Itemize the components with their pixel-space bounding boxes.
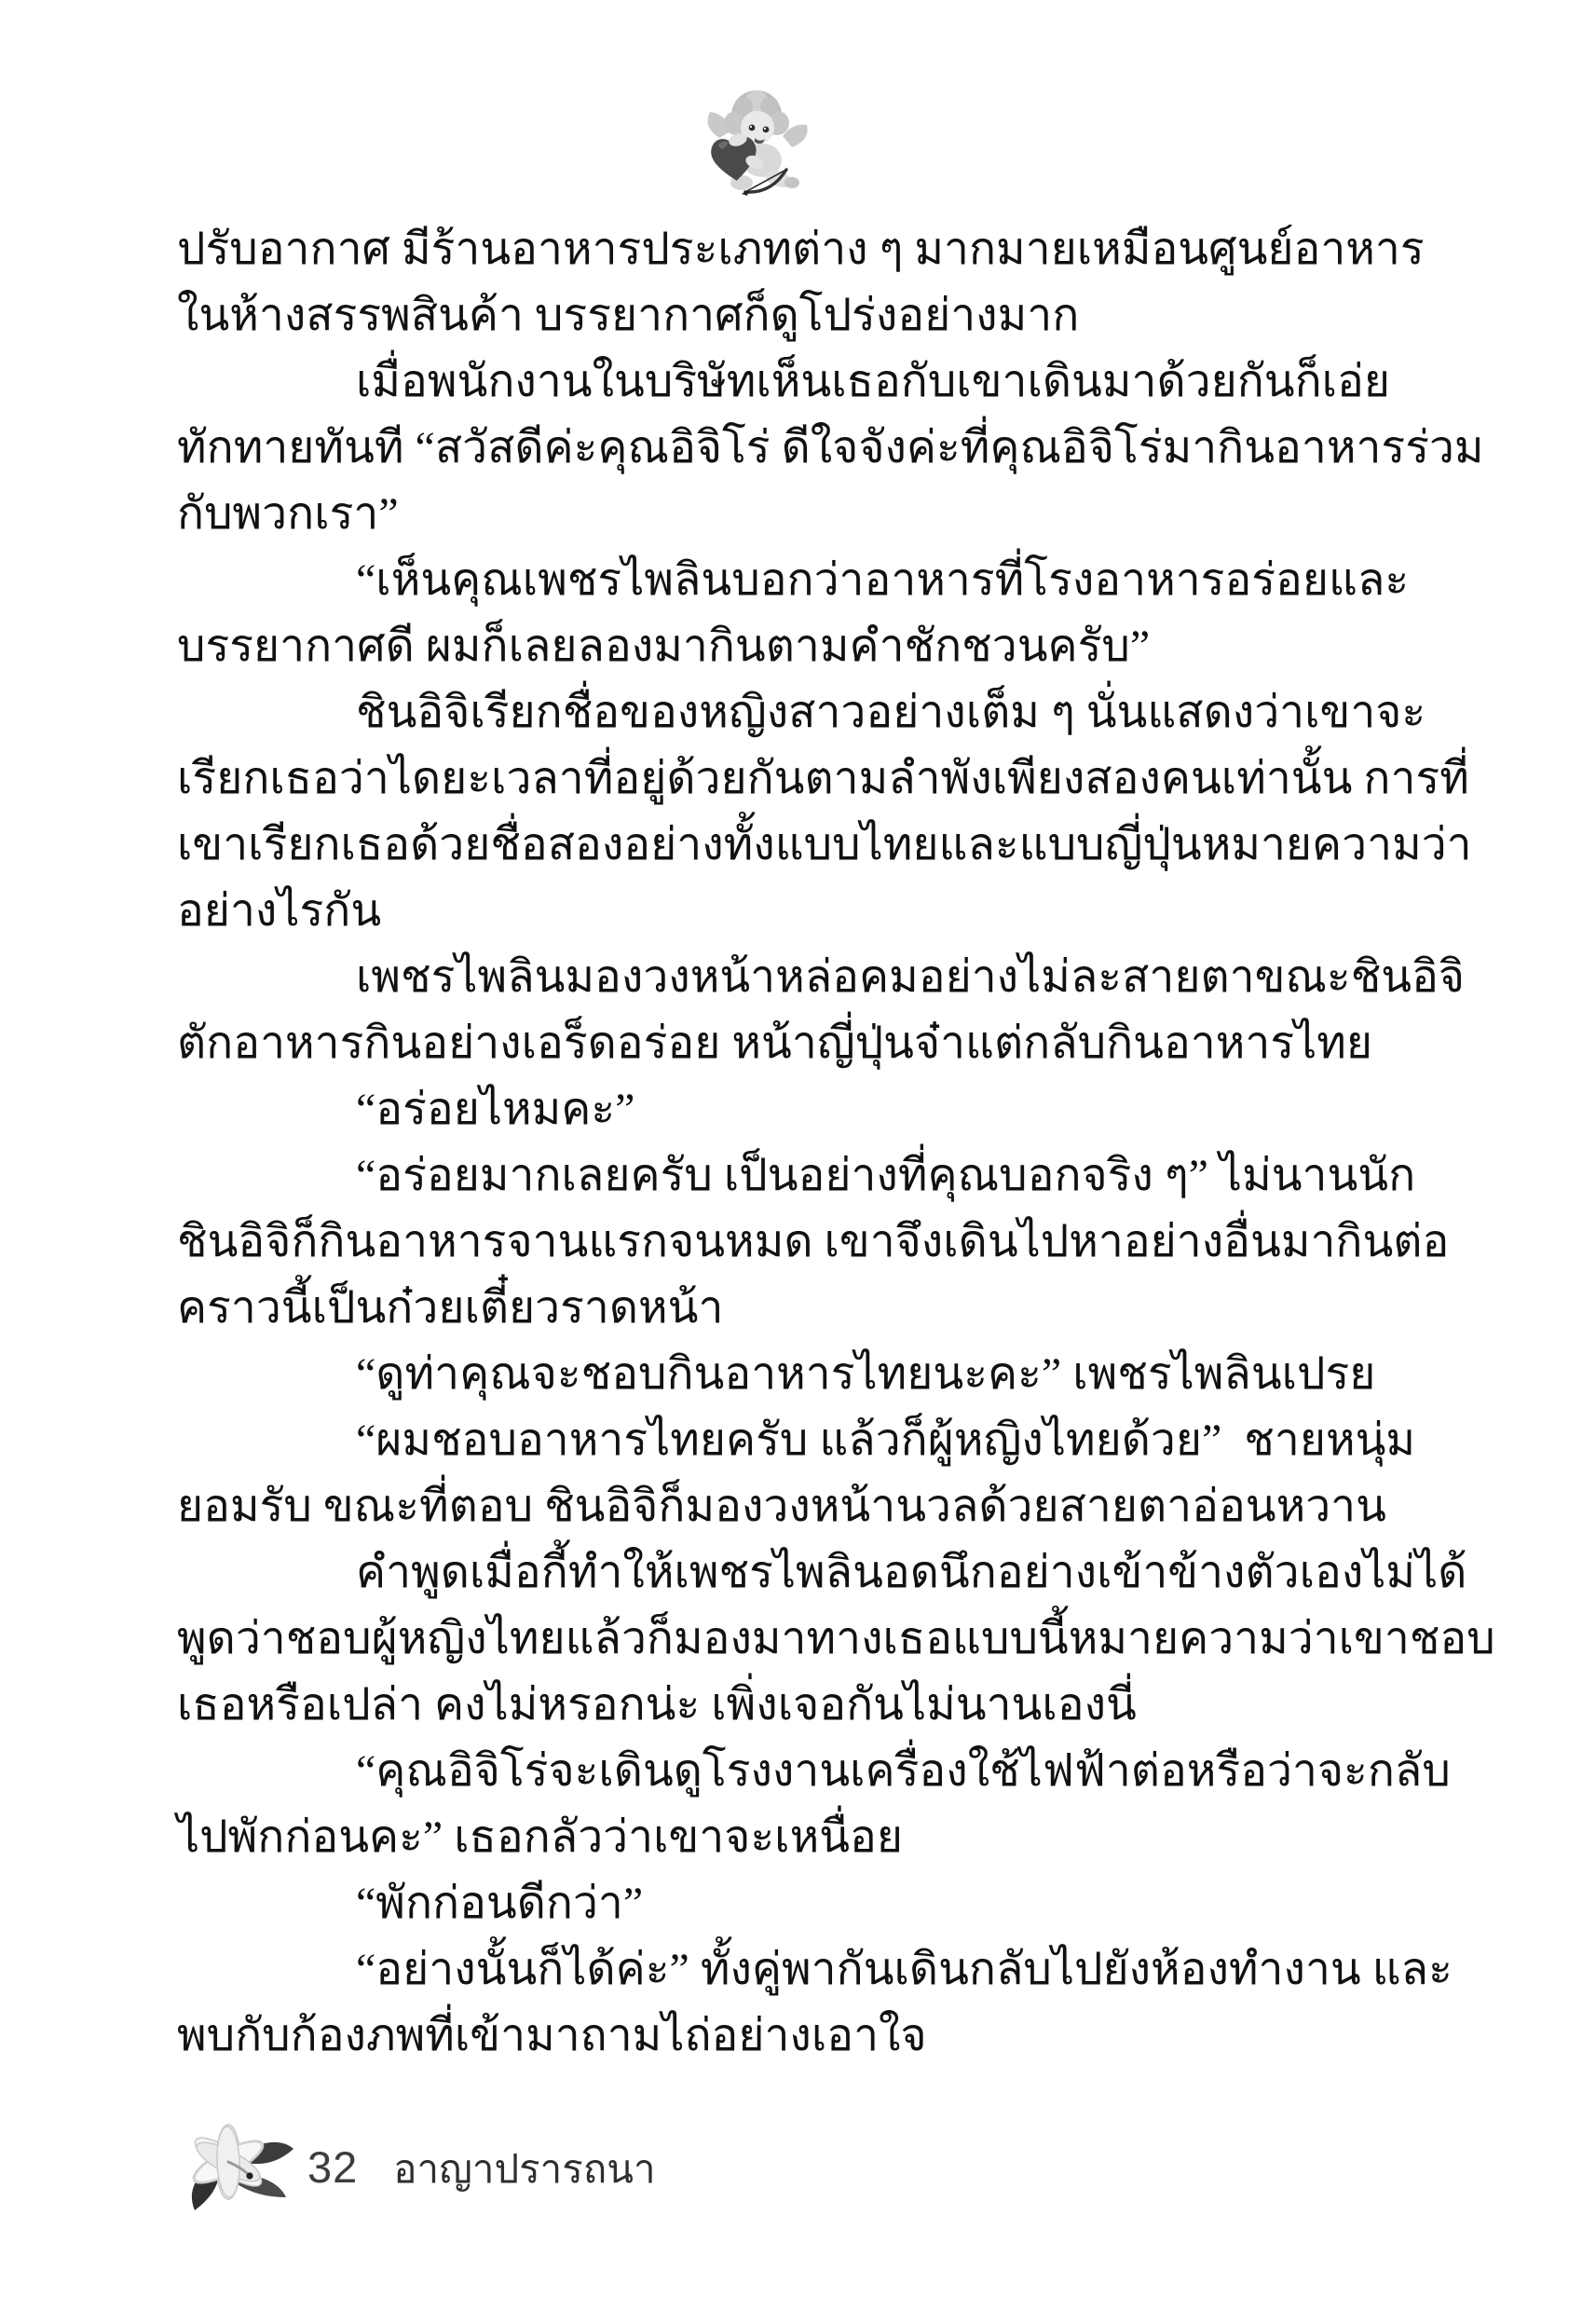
text-line: “ดูท่าคุณจะชอบกินอาหารไทยนะคะ” เพชรไพลิน… [177, 1341, 1342, 1407]
text-line: “พักก่อนดีกว่า” [177, 1870, 1342, 1936]
text-line: ทักทายทันที “สวัสดีค่ะคุณอิจิโร่ ดีใจจัง… [177, 415, 1342, 481]
text-line: คราวนี้เป็นก๋วยเตี๋ยวราดหน้า [177, 1275, 1342, 1341]
text-line: “อร่อยไหมคะ” [177, 1076, 1342, 1142]
text-line: “อย่างนั้นก็ได้ค่ะ” ทั้งคู่พากันเดินกลับ… [177, 1936, 1342, 2003]
book-title: อาญาปรารถนา [393, 2139, 655, 2200]
text-line: ยอมรับ ขณะที่ตอบ ชินอิจิก็มองวงหน้านวลด้… [177, 1473, 1342, 1539]
cupid-heart-icon [701, 86, 814, 203]
text-line: ชินอิจิก็กินอาหารจานแรกจนหมด เขาจึงเดินไ… [177, 1209, 1342, 1275]
lily-flower-icon [172, 2095, 303, 2230]
text-line: “อร่อยมากเลยครับ เป็นอย่างที่คุณบอกจริง … [177, 1142, 1342, 1209]
text-line: เมื่อพนักงานในบริษัทเห็นเธอกับเขาเดินมาด… [177, 349, 1342, 415]
text-line: “ผมชอบอาหารไทยครับ แล้วก็ผู้หญิงไทยด้วย”… [177, 1407, 1342, 1473]
book-page: ปรับอากาศ มีร้านอาหารประเภทต่าง ๆ มากมาย… [0, 0, 1596, 2311]
text-line: เพชรไพลินมองวงหน้าหล่อคมอย่างไม่ละสายตาข… [177, 944, 1342, 1010]
text-line: เขาเรียกเธอด้วยชื่อสองอย่างทั้งแบบไทยและ… [177, 812, 1342, 878]
footer-meta: 32 อาญาปรารถนา [307, 2139, 656, 2200]
body-text: ปรับอากาศ มีร้านอาหารประเภทต่าง ๆ มากมาย… [177, 216, 1342, 2069]
text-line: คำพูดเมื่อกี้ทำให้เพชรไพลินอดนึกอย่างเข้… [177, 1539, 1342, 1606]
text-line: เธอหรือเปล่า คงไม่หรอกน่ะ เพิ่งเจอกันไม่… [177, 1672, 1342, 1738]
text-line: พบกับก้องภพที่เข้ามาถามไถ่อย่างเอาใจ [177, 2003, 1342, 2069]
text-line: “คุณอิจิโร่จะเดินดูโรงงานเครื่องใช้ไฟฟ้า… [177, 1738, 1342, 1804]
text-line: อย่างไรกัน [177, 878, 1342, 944]
text-line: ชินอิจิเรียกชื่อของหญิงสาวอย่างเต็ม ๆ นั… [177, 679, 1342, 745]
text-line: ในห้างสรรพสินค้า บรรยากาศก็ดูโปร่งอย่างม… [177, 282, 1342, 349]
text-line: กับพวกเรา” [177, 481, 1342, 547]
page-footer: 32 อาญาปรารถนา [0, 2087, 1596, 2246]
text-line: ปรับอากาศ มีร้านอาหารประเภทต่าง ๆ มากมาย… [177, 216, 1342, 282]
text-line: พูดว่าชอบผู้หญิงไทยแล้วก็มองมาทางเธอแบบน… [177, 1606, 1342, 1672]
text-line: บรรยากาศดี ผมก็เลยลองมากินตามคำชักชวนครั… [177, 613, 1342, 679]
text-line: ตักอาหารกินอย่างเอร็ดอร่อย หน้าญี่ปุ่นจ๋… [177, 1010, 1342, 1076]
text-line: “เห็นคุณเพชรไพลินบอกว่าอาหารที่โรงอาหารอ… [177, 547, 1342, 613]
text-line: ไปพักก่อนคะ” เธอกลัวว่าเขาจะเหนื่อย [177, 1804, 1342, 1870]
page-number: 32 [307, 2141, 358, 2193]
text-line: เรียกเธอว่าไดยะเวลาที่อยู่ด้วยกันตามลำพั… [177, 745, 1342, 812]
